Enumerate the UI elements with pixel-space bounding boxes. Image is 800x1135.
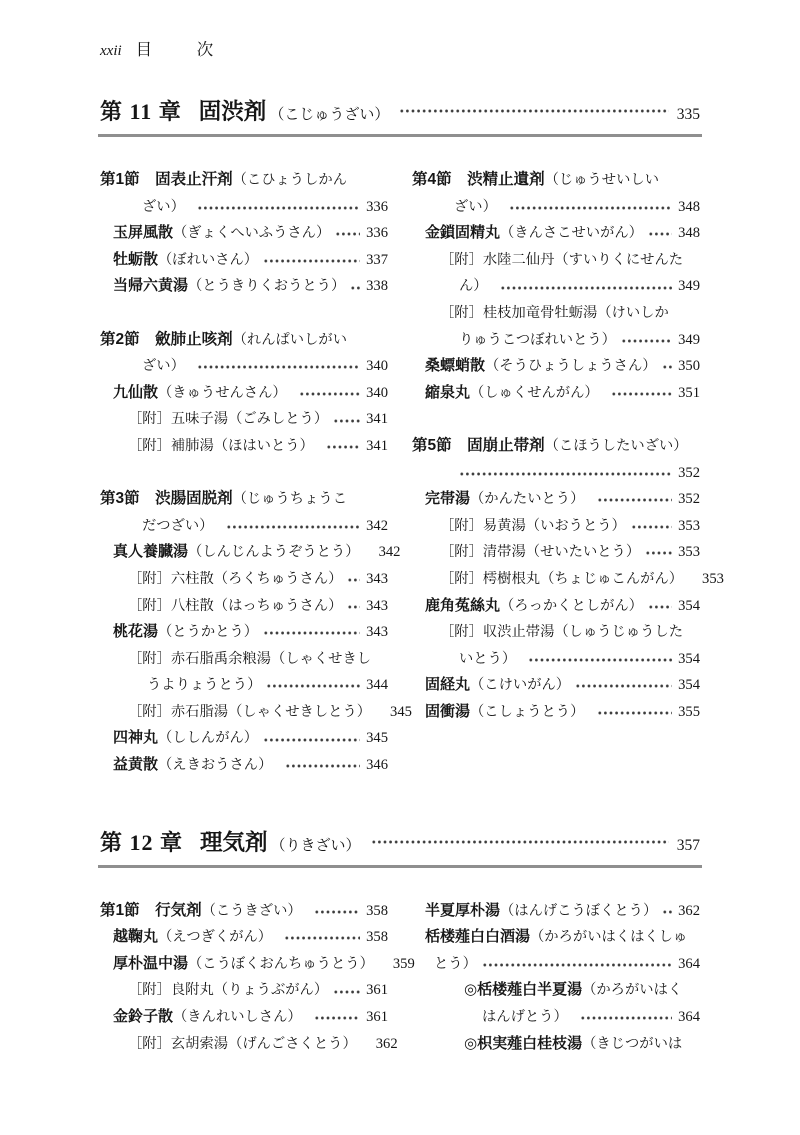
formula-name: 金鈴子散 — [113, 1004, 173, 1031]
chapter-rule — [98, 865, 702, 868]
page-number: 340 — [366, 353, 388, 380]
toc-line: ［附］桂枝加竜骨牡蛎湯（けいしか — [412, 300, 700, 327]
dot-leader — [285, 758, 361, 772]
entry-text: （こうぼくおんちゅうとう） — [188, 951, 374, 978]
page-number: 346 — [366, 752, 388, 779]
toc-line: 栝楼薤白白酒湯（かろがいはくはくしゅ — [412, 924, 700, 951]
formula-name: 四神丸 — [113, 725, 158, 752]
toc-line: 真人養臓湯（しんじんようぞうとう）342 — [100, 539, 388, 566]
toc-line: はんげとう） 364 — [412, 1004, 700, 1031]
toc-line: りゅうこつぼれいとう）349 — [412, 327, 700, 354]
page-number: 353 — [702, 566, 724, 593]
formula-name: 完帯湯 — [425, 486, 470, 513]
dot-leader — [333, 413, 360, 427]
formula-name: ◎栝楼薤白半夏湯 — [464, 977, 582, 1004]
toc-line: ざい） 336 — [100, 194, 388, 221]
entry-text: （じゅうせいしい — [545, 167, 659, 194]
formula-name: 第4節 渋精止遺剤 — [412, 167, 545, 194]
toc-line: ◎栝楼薤白半夏湯（かろがいはく — [412, 977, 700, 1004]
page-number: 341 — [366, 406, 388, 433]
page-number: 340 — [366, 380, 388, 407]
dot-leader — [645, 546, 672, 560]
formula-name: 厚朴温中湯 — [113, 951, 188, 978]
dot-leader — [371, 834, 669, 848]
entry-text: ［附］桂枝加竜骨牡蛎湯（けいしか — [440, 300, 669, 327]
entry-text: ざい） — [454, 194, 504, 221]
toc-line: ［附］五味子湯（ごみしとう）341 — [100, 406, 388, 433]
chapter-heading: 第 11 章 固渋剤 （こじゅうざい） 335 — [100, 94, 700, 126]
entry-text: はんげとう） — [482, 1004, 575, 1031]
dot-leader — [347, 599, 360, 613]
entry-text: （しんじんようぞうとう） — [188, 539, 360, 566]
page-number: 337 — [366, 247, 388, 274]
page-number: 362 — [678, 898, 700, 925]
page-number: 345 — [366, 725, 388, 752]
page-number: 336 — [366, 194, 388, 221]
toc-line: だつざい） 342 — [100, 513, 388, 540]
toc-line: 金鈴子散（きんれいしさん） 361 — [100, 1004, 388, 1031]
toc-line: 第1節 行気剤（こうきざい） 358 — [100, 898, 388, 925]
page-number: 345 — [390, 699, 412, 726]
chapter-reading: （こじゅうざい） — [269, 103, 389, 124]
formula-name: 第1節 固表止汗剤 — [100, 167, 233, 194]
entry-text: ［附］八柱散（はっちゅうさん） — [128, 593, 342, 620]
dot-leader — [580, 1010, 672, 1024]
chapter-number: 第 12 章 — [100, 826, 183, 857]
toc-line: 固経丸（こけいがん）354 — [412, 672, 700, 699]
entry-text: （しゅくせんがん） — [470, 380, 606, 407]
entry-text: ［附］赤石脂禹余粮湯（しゃくせきし — [128, 646, 371, 673]
formula-name: 益黄散 — [113, 752, 158, 779]
entry-text: ざい） — [142, 194, 192, 221]
page-number: 349 — [678, 273, 700, 300]
dot-leader — [284, 931, 360, 945]
entry-text: （とうきりくおうとう） — [188, 273, 345, 300]
formula-name: 第3節 渋腸固脱剤 — [100, 486, 233, 513]
entry-text: ［附］玄胡索湯（げんごさくとう） — [128, 1031, 357, 1058]
entry-text: （ぎょくへいふうさん） — [173, 220, 330, 247]
toc-line: 玉屏風散（ぎょくへいふうさん）336 — [100, 220, 388, 247]
page-number: 358 — [366, 898, 388, 925]
dot-leader — [333, 984, 360, 998]
entry-text: （かろがいはくはくしゅ — [530, 924, 687, 951]
page-number: 351 — [678, 380, 700, 407]
toc-line: いとう） 354 — [412, 646, 700, 673]
formula-name: 越鞠丸 — [113, 924, 158, 951]
entry-text: （きんれいしさん） — [173, 1004, 309, 1031]
entry-text: ［附］収渋止帯湯（しゅうじゅうした — [440, 619, 683, 646]
page-number: 353 — [678, 513, 700, 540]
page-number: 361 — [366, 1004, 388, 1031]
toc-line: ［附］良附丸（りょうぶがん）361 — [100, 977, 388, 1004]
toc-line: 当帰六黄湯（とうきりくおうとう）338 — [100, 273, 388, 300]
formula-name: 第1節 行気剤 — [100, 898, 202, 925]
page-number: 341 — [366, 433, 388, 460]
entry-text: （こうきざい） — [202, 898, 309, 925]
chapter-page-number: 357 — [677, 837, 700, 855]
page-number: 362 — [376, 1031, 398, 1058]
dot-leader — [197, 359, 360, 373]
toc-line: ［附］赤石脂禹余粮湯（しゃくせきし — [100, 646, 388, 673]
entry-text: （こしょうとう） — [470, 699, 592, 726]
dot-leader — [362, 1037, 370, 1051]
toc-line: 四神丸（ししんがん）345 — [100, 725, 388, 752]
entry-text: ［附］良附丸（りょうぶがん） — [128, 977, 328, 1004]
entry-text: （ししんがん） — [158, 725, 258, 752]
formula-name: 玉屏風散 — [113, 220, 173, 247]
page-number: 342 — [366, 513, 388, 540]
toc-line: ざい） 340 — [100, 353, 388, 380]
formula-name: 固衝湯 — [425, 699, 470, 726]
toc-line: ［附］水陸二仙丹（すいりくにせんた — [412, 247, 700, 274]
page-number: 343 — [366, 593, 388, 620]
toc-line: ［附］易黄湯（いおうとう）353 — [412, 513, 700, 540]
entry-text: りゅうこつぼれいとう） — [459, 327, 616, 354]
entry-text: うよりょうとう） — [147, 672, 261, 699]
formula-name: 金鎖固精丸 — [425, 220, 500, 247]
dot-leader — [459, 466, 672, 480]
entry-text: （きんさこせいがん） — [500, 220, 643, 247]
entry-text: （きじつがいは — [582, 1031, 682, 1058]
dot-leader — [263, 625, 360, 639]
entry-text: （かろがいはく — [582, 977, 682, 1004]
entry-text: （ろっかくとしがん） — [500, 593, 643, 620]
chapter-heading: 第 12 章 理気剤 （りきざい） 357 — [100, 825, 700, 857]
entry-text: （そうひょうしょうさん） — [485, 353, 657, 380]
toc-line: とう）364 — [412, 951, 700, 978]
entry-text: （かんたいとう） — [470, 486, 592, 513]
page-number: 344 — [366, 672, 388, 699]
entry-text: ［附］補肺湯（ほはいとう） — [128, 433, 321, 460]
toc-line: 第3節 渋腸固脱剤（じゅうちょうこ — [100, 486, 388, 513]
dot-leader — [631, 519, 672, 533]
toc-line: 完帯湯（かんたいとう） 352 — [412, 486, 700, 513]
dot-leader — [347, 572, 360, 586]
toc-line: 第5節 固崩止帯剤（こほうしたいざい） — [412, 433, 700, 460]
dot-leader — [226, 519, 360, 533]
formula-name: 固経丸 — [425, 672, 470, 699]
entry-text: ［附］五味子湯（ごみしとう） — [128, 406, 328, 433]
entry-text: （ぼれいさん） — [158, 247, 258, 274]
dot-leader — [688, 572, 696, 586]
toc-line: 鹿角菟絲丸（ろっかくとしがん）354 — [412, 593, 700, 620]
page-number: 352 — [678, 460, 700, 487]
formula-name: 第5節 固崩止帯剤 — [412, 433, 545, 460]
running-head: xxii 目次 — [100, 0, 700, 60]
page-number: 364 — [678, 951, 700, 978]
dot-leader — [597, 705, 673, 719]
entry-text: （えきおうさん） — [158, 752, 280, 779]
dot-leader — [263, 253, 360, 267]
dot-leader — [575, 679, 672, 693]
formula-name: 牡蛎散 — [113, 247, 158, 274]
page-number: 354 — [678, 593, 700, 620]
toc-line: 第4節 渋精止遺剤（じゅうせいしい — [412, 167, 700, 194]
toc-line: ［附］玄胡索湯（げんごさくとう）362 — [100, 1031, 388, 1058]
entry-text: （こけいがん） — [470, 672, 570, 699]
entry-text: （れんぱいしがい — [233, 327, 347, 354]
entry-text: だつざい） — [142, 513, 221, 540]
toc-line: 352 — [412, 460, 700, 487]
toc-line: 牡蛎散（ぼれいさん）337 — [100, 247, 388, 274]
toc-line: ［附］八柱散（はっちゅうさん）343 — [100, 593, 388, 620]
dot-leader — [399, 103, 668, 117]
toc-line: 縮泉丸（しゅくせんがん） 351 — [412, 380, 700, 407]
chapter-number: 第 11 章 — [100, 95, 182, 126]
dot-leader — [314, 1010, 360, 1024]
chapter-reading: （りきざい） — [271, 834, 361, 855]
page-number: 352 — [678, 486, 700, 513]
toc-line: 第1節 固表止汗剤（こひょうしかん — [100, 167, 388, 194]
chapter-page-number: 335 — [677, 106, 700, 124]
entry-text: （じゅうちょうこ — [233, 486, 347, 513]
toc-line: ［附］六柱散（ろくちゅうさん）343 — [100, 566, 388, 593]
chapter-rule — [98, 134, 702, 137]
page-number: 348 — [678, 194, 700, 221]
toc-line: 固衝湯（こしょうとう） 355 — [412, 699, 700, 726]
dot-leader — [621, 333, 672, 347]
toc-line: 半夏厚朴湯（はんげこうぼくとう）362 — [412, 898, 700, 925]
formula-name: 桃花湯 — [113, 619, 158, 646]
dot-leader — [266, 679, 360, 693]
page-number: 342 — [379, 539, 401, 566]
formula-name: 栝楼薤白白酒湯 — [425, 924, 530, 951]
page-number: 336 — [366, 220, 388, 247]
toc-line: 桃花湯（とうかとう）343 — [100, 619, 388, 646]
formula-name: 真人養臓湯 — [113, 539, 188, 566]
entry-text: （こほうしたいざい） — [545, 433, 688, 460]
toc-line: ［附］清帯湯（せいたいとう）353 — [412, 539, 700, 566]
dot-leader — [662, 359, 673, 373]
dot-leader — [597, 492, 673, 506]
entry-text: （とうかとう） — [158, 619, 258, 646]
page-number: 343 — [366, 566, 388, 593]
dot-leader — [662, 904, 672, 918]
toc-line: 第2節 斂肺止咳剤（れんぱいしがい — [100, 327, 388, 354]
toc-line: ◎枳実薤白桂枝湯（きじつがいは — [412, 1031, 700, 1058]
entry-text: ざい） — [142, 353, 192, 380]
toc-line: ［附］収渋止帯湯（しゅうじゅうした — [412, 619, 700, 646]
formula-name: 縮泉丸 — [425, 380, 470, 407]
toc-line: 越鞠丸（えつぎくがん） 358 — [100, 924, 388, 951]
toc-line: ［附］補肺湯（ほはいとう） 341 — [100, 433, 388, 460]
entry-text: とう） — [434, 951, 477, 978]
toc-columns: 第1節 行気剤（こうきざい） 358越鞠丸（えつぎくがん） 358厚朴温中湯（こ… — [100, 898, 700, 1058]
dot-leader — [299, 386, 360, 400]
toc-columns: 第1節 固表止汗剤（こひょうしかんざい） 336玉屏風散（ぎょくへいふうさん）3… — [100, 167, 700, 779]
entry-text: ［附］水陸二仙丹（すいりくにせんた — [440, 247, 683, 274]
page-number: 361 — [366, 977, 388, 1004]
page-number: 358 — [366, 924, 388, 951]
entry-text: ［附］易黄湯（いおうとう） — [440, 513, 626, 540]
dot-leader — [648, 226, 672, 240]
toc-line: ん） 349 — [412, 273, 700, 300]
page-number: 343 — [366, 619, 388, 646]
entry-text: ［附］赤石脂湯（しゃくせきしとう） — [128, 699, 371, 726]
page-number: 348 — [678, 220, 700, 247]
dot-leader — [482, 957, 672, 971]
toc-column-left: 第1節 固表止汗剤（こひょうしかんざい） 336玉屏風散（ぎょくへいふうさん）3… — [100, 167, 388, 779]
entry-text: ［附］樗樹根丸（ちょじゅこんがん） — [440, 566, 683, 593]
formula-name: 当帰六黄湯 — [113, 273, 188, 300]
page-number: 338 — [366, 273, 388, 300]
toc-line: 厚朴温中湯（こうぼくおんちゅうとう）359 — [100, 951, 388, 978]
dot-leader — [197, 200, 360, 214]
dot-leader — [335, 226, 360, 240]
toc-line: 金鎖固精丸（きんさこせいがん）348 — [412, 220, 700, 247]
toc-column-right: 第4節 渋精止遺剤（じゅうせいしいざい） 348金鎖固精丸（きんさこせいがん）3… — [412, 167, 700, 779]
toc-line: 九仙散（きゅうせんさん） 340 — [100, 380, 388, 407]
dot-leader — [326, 439, 360, 453]
dot-leader — [648, 599, 672, 613]
entry-text: ん） — [459, 273, 495, 300]
dot-leader — [350, 280, 360, 294]
formula-name: 鹿角菟絲丸 — [425, 593, 500, 620]
dot-leader — [379, 957, 387, 971]
dot-leader — [500, 280, 672, 294]
entry-text: いとう） — [459, 646, 523, 673]
dot-leader — [314, 904, 360, 918]
entry-text: ［附］清帯湯（せいたいとう） — [440, 539, 640, 566]
formula-name: ◎枳実薤白桂枝湯 — [464, 1031, 582, 1058]
dot-leader — [263, 732, 360, 746]
toc-page: xxii 目次 第 11 章 固渋剤 （こじゅうざい） 335 第1節 固表止汗… — [100, 0, 700, 1057]
entry-text: ［附］六柱散（ろくちゅうさん） — [128, 566, 342, 593]
entry-text: （はんげこうぼくとう） — [500, 898, 657, 925]
dot-leader — [509, 200, 672, 214]
entry-text: （きゅうせんさん） — [158, 380, 294, 407]
toc-title: 目次 — [136, 36, 258, 60]
dot-leader — [365, 546, 373, 560]
toc-column-right: 半夏厚朴湯（はんげこうぼくとう）362栝楼薤白白酒湯（かろがいはくはくしゅとう）… — [412, 898, 700, 1058]
formula-name: 九仙散 — [113, 380, 158, 407]
toc-line: 桑螵蛸散（そうひょうしょうさん）350 — [412, 353, 700, 380]
page-number: 349 — [678, 327, 700, 354]
formula-name: 半夏厚朴湯 — [425, 898, 500, 925]
toc-line: うよりょうとう）344 — [100, 672, 388, 699]
toc-line: 益黄散（えきおうさん） 346 — [100, 752, 388, 779]
folio-number: xxii — [100, 43, 122, 60]
dot-leader — [528, 652, 672, 666]
page-number: 353 — [678, 539, 700, 566]
page-number: 354 — [678, 672, 700, 699]
page-number: 364 — [678, 1004, 700, 1031]
chapter-title: 理気剤 — [200, 825, 268, 857]
page-number: 350 — [678, 353, 700, 380]
dot-leader — [611, 386, 672, 400]
toc-line: ざい） 348 — [412, 194, 700, 221]
chapter-title: 固渋剤 — [199, 94, 267, 126]
toc-line: ［附］赤石脂湯（しゃくせきしとう）345 — [100, 699, 388, 726]
toc-column-left: 第1節 行気剤（こうきざい） 358越鞠丸（えつぎくがん） 358厚朴温中湯（こ… — [100, 898, 388, 1058]
page-number: 354 — [678, 646, 700, 673]
dot-leader — [376, 705, 384, 719]
toc-line: ［附］樗樹根丸（ちょじゅこんがん）353 — [412, 566, 700, 593]
entry-text: （こひょうしかん — [233, 167, 347, 194]
entry-text: （えつぎくがん） — [158, 924, 279, 951]
formula-name: 第2節 斂肺止咳剤 — [100, 327, 233, 354]
formula-name: 桑螵蛸散 — [425, 353, 485, 380]
page-number: 355 — [678, 699, 700, 726]
